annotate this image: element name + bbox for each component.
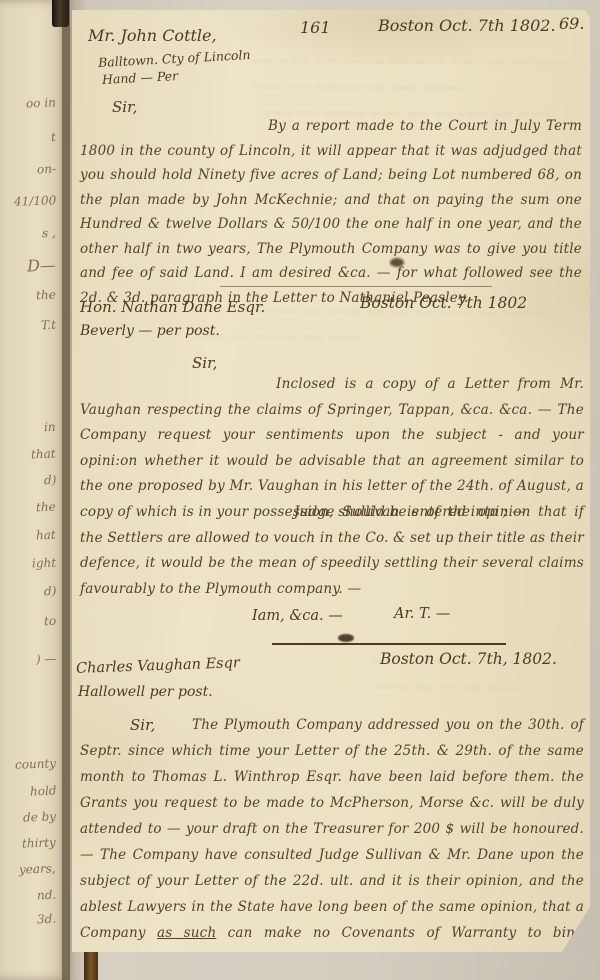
letter2-delivery-note: Beverly — per post.: [80, 323, 220, 339]
margin-fragment: in: [44, 420, 56, 434]
margin-fragment: s ,: [42, 226, 56, 240]
letter3-delivery-note: Hallowell per post.: [78, 684, 213, 700]
letter2-salutation: Sir,: [192, 354, 217, 372]
margin-fragment: the: [36, 500, 56, 515]
letter1-recipient-place: Balltown. Cty of Lincoln: [98, 47, 251, 70]
margin-fragment: county: [15, 756, 56, 771]
margin-fragment: oo in: [26, 95, 56, 110]
page-number: 161: [300, 18, 331, 37]
ink-blot: [338, 634, 354, 642]
letter3-underlined-phrase: as such: [157, 925, 216, 941]
letter2-paragraph2: Judge Sullivan is of the opinion that if…: [80, 500, 584, 602]
binding-stub-bottom: [84, 951, 98, 980]
letter3-body-text: The Plymouth Company addressed you on th…: [80, 717, 584, 941]
margin-fragment: D—: [27, 256, 56, 276]
manuscript-page: ~~ ~~~ ~~ ~~~~ ~~ ~~~ ~~~~~ ~~ ~~~ ~~~ ~…: [72, 10, 590, 952]
letter1-recipient-name: Mr. John Cottle,: [88, 26, 217, 45]
margin-fragment: that: [31, 447, 56, 462]
margin-fragment: nd.: [37, 888, 57, 903]
margin-fragment: to: [44, 614, 57, 628]
margin-fragment: years,: [19, 861, 56, 876]
margin-fragment: t: [51, 130, 56, 144]
letter1-dateline: Boston Oct. 7th 1802.: [378, 16, 556, 35]
letter3-recipient-name: Charles Vaughan Esqr: [76, 655, 240, 677]
facing-page-edge: oo in t on- 41/100 s , D— the T.t in tha…: [0, 0, 70, 980]
binding-stub-top: [52, 0, 69, 27]
margin-fragment: the: [36, 288, 56, 303]
letter3-body: The Plymouth Company addressed you on th…: [80, 712, 584, 952]
margin-fragment: 3d.: [37, 912, 57, 927]
margin-fragment: ight: [32, 556, 57, 571]
margin-fragment: d): [43, 473, 56, 487]
letter1-body: By a report made to the Court in July Te…: [80, 114, 582, 310]
margin-fragment: de by: [23, 809, 57, 824]
margin-fragment: on-: [37, 162, 56, 177]
margin-fragment: 41/100: [14, 193, 57, 208]
margin-fragment: T.t: [41, 318, 56, 333]
margin-fragment: thirty: [22, 835, 56, 850]
folio-number: 69.: [559, 14, 584, 33]
letter3-dateline: Boston Oct. 7th, 1802.: [380, 650, 557, 668]
letter2-dateline: Boston Oct. 7th 1802: [360, 294, 527, 312]
section-divider-rule: [272, 643, 506, 645]
letter2-closing: Iam, &ca. —: [252, 608, 343, 624]
margin-fragment: hat: [36, 528, 56, 543]
margin-fragment: ) —: [35, 652, 56, 667]
margin-fragment: hold: [29, 784, 56, 799]
margin-fragment: d): [43, 584, 56, 598]
letter2-signature: Ar. T. —: [394, 606, 450, 622]
letter2-recipient-name: Hon. Nathan Dane Esqr.: [80, 298, 265, 316]
letter1-delivery-note: Hand — Per: [102, 68, 179, 87]
